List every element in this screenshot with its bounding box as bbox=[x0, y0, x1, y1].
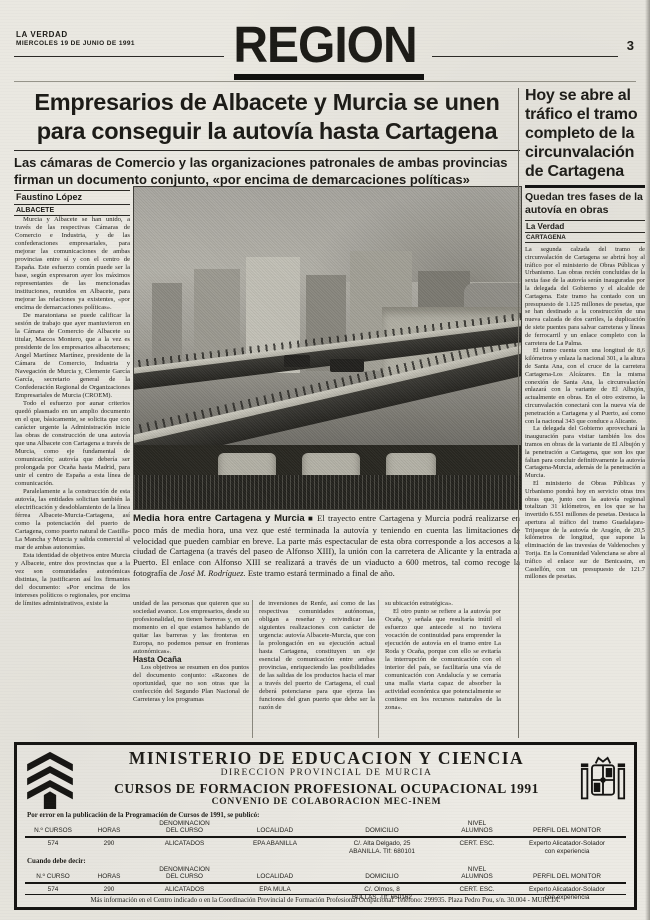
photo-hill bbox=[308, 187, 522, 282]
article-paragraph: unidad de las personas que quieren que s… bbox=[133, 600, 249, 656]
table-cell: EPA ABANILLA bbox=[232, 839, 318, 855]
caption-end: Este tramo estará terminado a final de a… bbox=[248, 568, 395, 578]
table-header: N.º CURSOS bbox=[25, 826, 81, 835]
table-header-rule bbox=[25, 836, 626, 838]
table-header: NIVEL ALUMNOS bbox=[446, 819, 508, 835]
sidebar-headline: Hoy se abre al tráfico el tramo completo… bbox=[525, 86, 645, 181]
photo-foreground bbox=[134, 475, 521, 509]
sidebar-divider bbox=[518, 88, 519, 738]
table-header: LOCALIDAD bbox=[232, 826, 318, 835]
article-column-1: Murcia y Albacete se han unido, a través… bbox=[15, 216, 130, 736]
table-header: LOCALIDAD bbox=[232, 872, 318, 881]
table-header-rule bbox=[25, 882, 626, 884]
sidebar-article: Hoy se abre al tráfico el tramo completo… bbox=[525, 86, 645, 716]
newspaper-page: LA VERDAD MIERCOLES 19 DE JUNIO DE 1991 … bbox=[0, 0, 650, 920]
column-divider bbox=[252, 600, 253, 738]
article-paragraph: De maratoniana se puede calificar la ses… bbox=[15, 312, 130, 400]
table-header: PERFIL DEL MONITOR bbox=[508, 872, 626, 881]
ad-titles: MINISTERIO DE EDUCACION Y CIENCIA DIRECC… bbox=[81, 749, 572, 808]
vehicle bbox=[330, 359, 364, 372]
photo-caption: Media hora entre Cartagena y Murcia ■ El… bbox=[133, 513, 520, 579]
ad-footer: Más información en el Centro indicado o … bbox=[25, 894, 626, 904]
table-cell: C/. Alta Delgado, 25 ABANILLA. Tlf: 6801… bbox=[318, 839, 446, 855]
ad-course-subtitle: CONVENIO DE COLABORACION MEC-INEM bbox=[81, 797, 572, 808]
table-header: N.º CURSO bbox=[25, 872, 81, 881]
article-paragraph: Los objetivos se resumen en dos puntos d… bbox=[133, 664, 249, 704]
article-paragraph: Paralelamente a la construcción de esta … bbox=[15, 488, 130, 552]
table-cell: 290 bbox=[81, 839, 137, 855]
section-title: REGION bbox=[0, 21, 650, 72]
article-paragraph: de inversiones de Renfe, así como de las… bbox=[259, 600, 375, 712]
header-rule-right bbox=[432, 56, 618, 57]
table-cell: CERT. ESC. bbox=[446, 839, 508, 855]
mec-tree-logo-icon bbox=[25, 751, 75, 814]
article-paragraph: Esta identidad de objetivos entre Murcia… bbox=[15, 552, 130, 608]
sidebar-subheadline: Quedan tres fases de la autovía en obras bbox=[525, 191, 645, 216]
article-column-2: unidad de las personas que quieren que s… bbox=[133, 600, 249, 738]
sidebar-dateline: CARTAGENA bbox=[525, 233, 645, 243]
sidebar-paragraph: El tramo cuenta con una longitud de 8,6 … bbox=[525, 347, 645, 425]
byline-block: Faustino López ALBACETE bbox=[14, 190, 130, 216]
ad-course-title: CURSOS DE FORMACION PROFESIONAL OCUPACIO… bbox=[81, 781, 572, 797]
table-header: HORAS bbox=[81, 872, 137, 881]
caption-credit: José M. Rodríguez. bbox=[179, 568, 245, 578]
article-crosshead: Hasta Ocaña bbox=[133, 656, 249, 664]
sidebar-headline-underline bbox=[525, 185, 645, 188]
table-header: DENOMINACION DEL CURSO bbox=[137, 819, 232, 835]
sidebar-byline: La Verdad bbox=[525, 220, 645, 233]
caption-lead: Media hora entre Cartagena y Murcia bbox=[133, 513, 305, 524]
table-cell: 574 bbox=[25, 839, 81, 855]
header-rule-bottom bbox=[14, 81, 636, 82]
dateline: ALBACETE bbox=[14, 205, 130, 216]
article-column-4: su ubicación estratégica». El otro punto… bbox=[385, 600, 501, 738]
table-header: DENOMINACION DEL CURSO bbox=[137, 865, 232, 881]
ad-correction-note: Cuando debe decir: bbox=[27, 857, 86, 865]
table-header: PERFIL DEL MONITOR bbox=[508, 826, 626, 835]
article-paragraph: Todo el esfuerzo por aunar criterios que… bbox=[15, 400, 130, 488]
scan-edge-shadow bbox=[645, 0, 650, 920]
section-underline bbox=[234, 74, 424, 80]
table-header: HORAS bbox=[81, 826, 137, 835]
header-rule-left bbox=[14, 56, 224, 57]
sidebar-paragraph: El ministerio de Obras Públicas y Urbani… bbox=[525, 480, 645, 581]
caption-square-icon: ■ bbox=[308, 514, 314, 523]
article-paragraph: Murcia y Albacete se han unido, a través… bbox=[15, 216, 130, 312]
sidebar-paragraph: La segunda calzada del tramo de circunva… bbox=[525, 246, 645, 347]
headline-rule bbox=[14, 150, 520, 151]
cartagena-viaduct-photo bbox=[133, 186, 522, 510]
ad-error-note: Por error en la publicación de la Progra… bbox=[27, 811, 259, 819]
ad-title: MINISTERIO DE EDUCACION Y CIENCIA bbox=[81, 749, 572, 768]
sidebar-paragraph: La delegada del Gobierno aprovechará la … bbox=[525, 425, 645, 480]
table-cell: Experto Alicatador-Solador con experienc… bbox=[508, 839, 626, 855]
vehicle bbox=[284, 355, 310, 367]
ad-table-published: N.º CURSOS HORAS DENOMINACION DEL CURSO … bbox=[25, 819, 626, 856]
spain-coat-of-arms-icon bbox=[580, 750, 626, 815]
ad-subtitle: DIRECCION PROVINCIAL DE MURCIA bbox=[81, 768, 572, 779]
table-header: DOMICILIO bbox=[318, 872, 446, 881]
page-number: 3 bbox=[627, 38, 634, 53]
article-paragraph: El otro punto se refiere a la autovía po… bbox=[385, 608, 501, 712]
main-headline: Empresarios de Albacete y Murcia se unen… bbox=[14, 88, 520, 146]
table-cell: ALICATADOS bbox=[137, 839, 232, 855]
column-divider bbox=[378, 600, 379, 738]
sidebar-body: La segunda calzada del tramo de circunva… bbox=[525, 246, 645, 716]
table-header: DOMICILIO bbox=[318, 826, 446, 835]
byline: Faustino López bbox=[14, 190, 130, 205]
table-header: NIVEL ALUMNOS bbox=[446, 865, 508, 881]
main-subheadline: Las cámaras de Comercio y las organizaci… bbox=[14, 155, 520, 188]
ministry-advertisement: MINISTERIO DE EDUCACION Y CIENCIA DIRECC… bbox=[14, 742, 637, 910]
article-column-3: de inversiones de Renfe, así como de las… bbox=[259, 600, 375, 738]
article-paragraph: su ubicación estratégica». bbox=[385, 600, 501, 608]
